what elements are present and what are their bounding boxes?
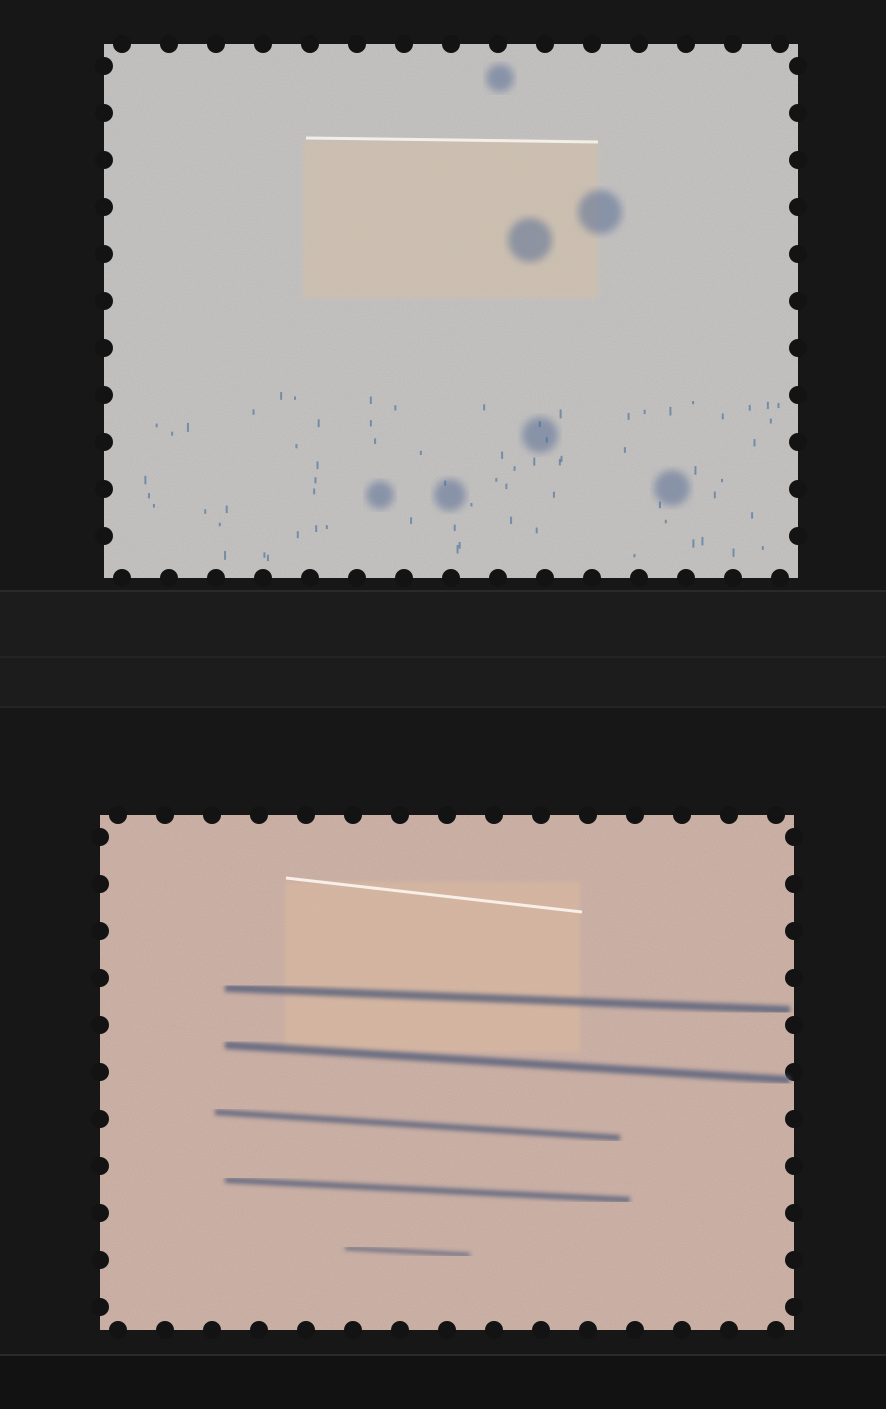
stamps-illustration — [0, 0, 886, 1409]
stamp-1-back — [95, 35, 807, 587]
hinge-remnant — [303, 140, 598, 298]
stamp-2-back — [91, 806, 803, 1339]
